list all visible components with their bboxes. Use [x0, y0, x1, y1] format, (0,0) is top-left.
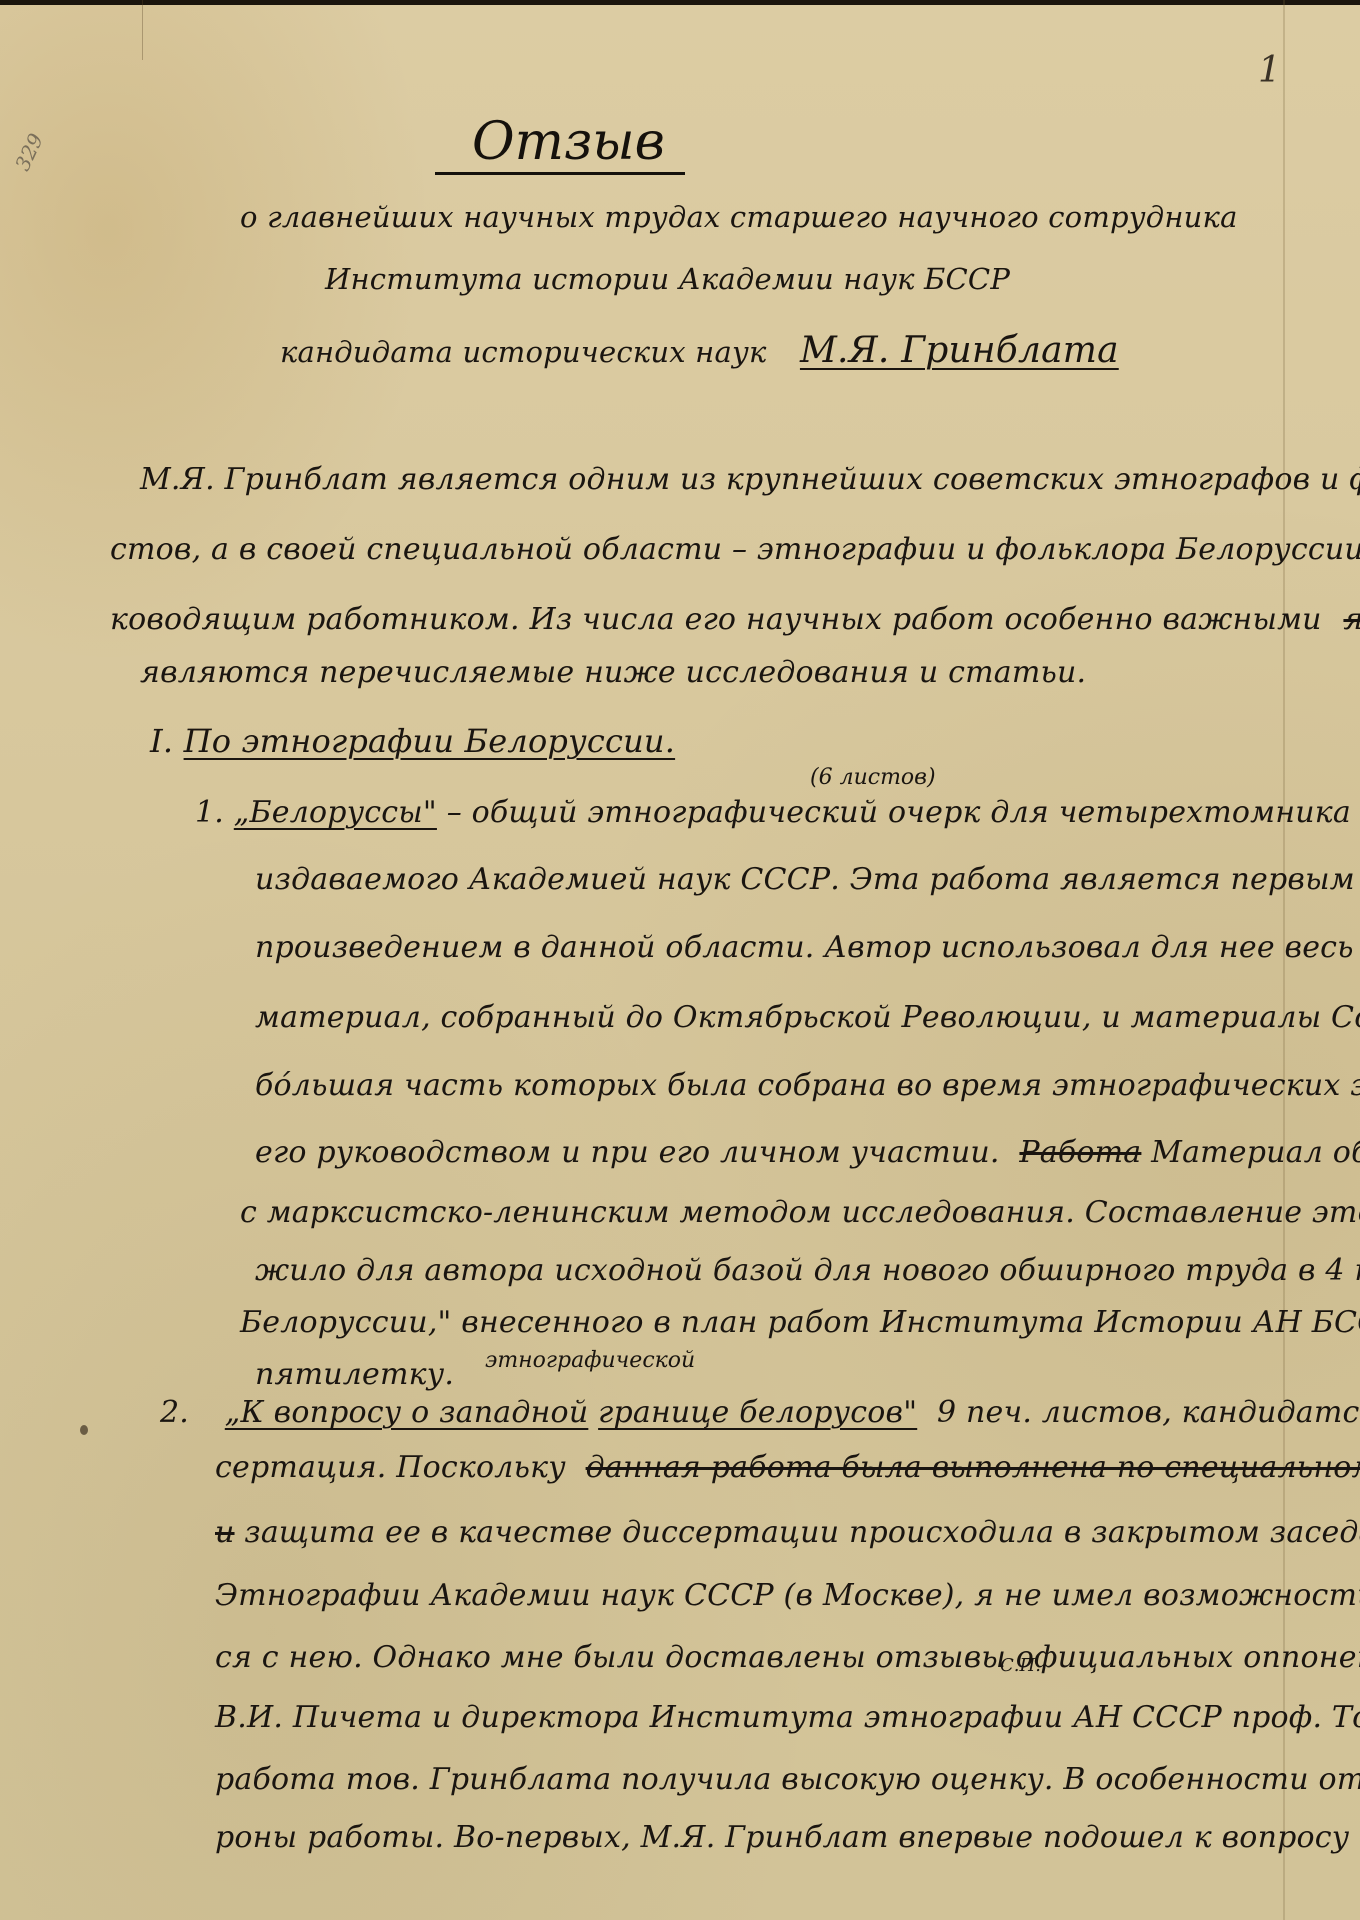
item-1-line-6-text: его руководством и при его личном участи… — [255, 1135, 1000, 1170]
struck-text: являются — [1343, 602, 1360, 637]
item-1-line-6-tail: Материал обработан сообразно — [1151, 1135, 1360, 1170]
struck-text: Работа — [1019, 1135, 1141, 1170]
item-2-line-2-text: сертация. Поскольку — [215, 1450, 566, 1485]
subtitle-line-2: Института истории Академии наук БССР — [325, 262, 1010, 296]
item-1-line-1: 1. „Белоруссы" – общий этнографический о… — [195, 795, 1360, 830]
item-2-line-1: 2. „К вопросу о западной границе белорус… — [160, 1395, 1360, 1430]
item-2-line-3: и защита ее в качестве диссертации проис… — [215, 1515, 1360, 1550]
item-2-line-5: ся с нею. Однако мне были доставлены отз… — [215, 1640, 1360, 1675]
document-title: Отзыв — [472, 112, 665, 172]
initials-insertion: С.П. — [1000, 1655, 1041, 1676]
item-2-line-8: роны работы. Во-первых, М.Я. Гринблат вп… — [215, 1820, 1360, 1855]
item-1-line-2: издаваемого Академией наук СССР. Эта раб… — [255, 862, 1360, 897]
page-number: 1 — [1258, 50, 1281, 91]
subtitle-line-3: кандидата исторических наук М.Я. Гринбла… — [280, 330, 1119, 371]
subtitle-line-1: о главнейших научных трудах старшего нау… — [240, 200, 1238, 234]
section-numeral: I. — [150, 722, 173, 760]
item-1-line-8: жило для автора исходной базой для новог… — [255, 1253, 1360, 1288]
item-title-part-1: „К вопросу о западной — [225, 1395, 589, 1430]
item-2-details: 9 печ. листов, кандидатская дис- — [937, 1395, 1360, 1430]
struck-text: и — [215, 1515, 235, 1550]
item-title-part-2: границе белорусов" — [598, 1395, 917, 1430]
intro-line-3: ководящим работником. Из числа его научн… — [110, 602, 1360, 637]
item-2-line-6: В.И. Пичета и директора Института этногр… — [215, 1700, 1360, 1735]
item-2-line-2: сертация. Поскольку данная работа была в… — [215, 1450, 1360, 1485]
academic-degree: кандидата исторических наук — [280, 335, 767, 369]
scan-top-edge — [0, 0, 1360, 5]
insertion-note: этнографической — [485, 1348, 695, 1373]
item-2-line-7: работа тов. Гринблата получила высокую о… — [215, 1762, 1360, 1797]
item-1-line-5: бо́льшая часть которых была собрана во в… — [255, 1068, 1360, 1103]
item-1-line-10: пятилетку. — [255, 1357, 454, 1392]
section-title: По этнографии Белоруссии. — [184, 722, 676, 760]
item-number: 2. — [160, 1395, 189, 1430]
paper-crease — [142, 0, 143, 60]
item-1-line-1-text: – общий этнографический очерк для четыре… — [447, 795, 1360, 830]
section-heading: I. По этнографии Белоруссии. — [150, 722, 675, 760]
item-1-line-3: произведением в данной области. Автор ис… — [255, 930, 1360, 965]
intro-line-1: М.Я. Гринблат является одним из крупнейш… — [140, 462, 1360, 497]
intro-line-2: стов, а в своей специальной области – эт… — [110, 532, 1360, 567]
subject-name: М.Я. Гринблата — [800, 330, 1119, 371]
ink-spot — [80, 1425, 88, 1435]
struck-text: данная работа была выполнена по специаль… — [586, 1450, 1360, 1485]
item-2-line-3-text: защита ее в качестве диссертации происхо… — [244, 1515, 1360, 1550]
intro-line-4: являются перечисляемые ниже исследования… — [140, 655, 1086, 690]
item-1-line-6: его руководством и при его личном участи… — [255, 1135, 1360, 1170]
item-2-line-4: Этнографии Академии наук СССР (в Москве)… — [215, 1578, 1360, 1613]
title-underline — [435, 172, 685, 175]
intro-line-3-text: ководящим работником. Из числа его научн… — [110, 602, 1322, 637]
archive-pencil-mark: 329 — [10, 130, 48, 175]
insertion-note: (6 листов) — [810, 765, 936, 790]
item-1-line-4: материал, собранный до Октябрьской Револ… — [255, 1000, 1360, 1035]
item-1-line-9: Белоруссии," внесенного в план работ Инс… — [240, 1305, 1360, 1340]
item-title: „Белоруссы" — [234, 795, 437, 830]
item-number: 1. — [195, 795, 224, 830]
item-1-line-7: с марксистско-ленинским методом исследов… — [240, 1195, 1360, 1230]
